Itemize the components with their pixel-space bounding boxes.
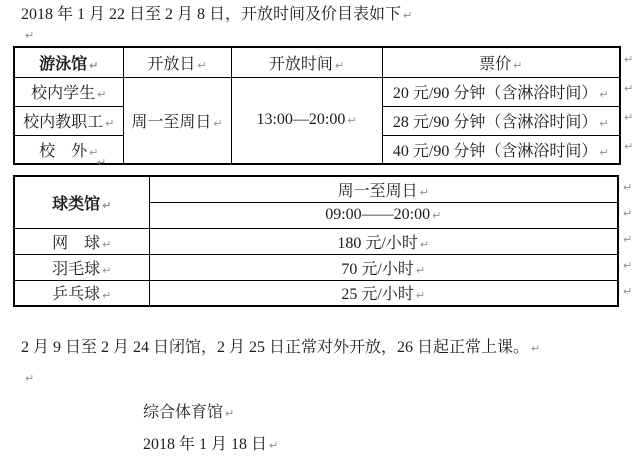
closure-paragraph: 2 月 9 日至 2 月 24 日闭馆，2 月 25 日正常对外开放，26 日起… [21,338,540,359]
swim-header-open-day-cell: 开放日↵ [123,47,231,77]
ball-category-cell: 网 球↵ [14,228,149,254]
signature-date-line: 2018 年 1 月 18 日↵ [143,435,278,456]
signature-org-line: 综合体育馆↵ [143,403,234,424]
ball-games-table: 球类馆↵ 周一至周日↵ 09:00——20:00↵ 网 球↵ 180 元/小时↵… [13,175,619,307]
swim-header-venue-cell: 游泳馆↵ [14,47,123,77]
swim-header-open-time-cell: 开放时间↵ [231,47,382,77]
paragraph-mark-icon: ↵ [102,238,111,251]
ball-category-text: 网 球 [52,235,100,252]
paragraph-mark-icon: ↵ [416,289,425,302]
swim-category-cell: 校 外↵ [14,135,123,164]
paragraph-mark-icon: ↵ [97,156,106,169]
ball-price-text: 70 元/小时 [341,261,413,278]
paragraph-mark-icon: ↵ [624,82,633,95]
ball-price-cell: 180 元/小时↵ [149,228,618,254]
swim-price-cell: 28 元/90 分钟（含淋浴时间）↵ [382,106,620,135]
paragraph-mark-icon: ↵ [347,114,356,127]
swim-header-open-time: 开放时间 [269,56,333,73]
ball-open-time-text: 09:00——20:00 [325,206,430,223]
ball-header-row-day: 球类馆↵ 周一至周日↵ [14,176,618,202]
ball-row-tennis: 网 球↵ 180 元/小时↵ [14,228,618,254]
swim-price-text: 28 元/90 分钟（含淋浴时间） [393,114,597,131]
ball-open-time-cell: 09:00——20:00↵ [149,202,618,228]
paragraph-mark-icon: ↵ [420,238,429,251]
swimming-price-table: 游泳馆↵ 开放日↵ 开放时间↵ 票价↵ 校内学生↵ 周一至周日↵ 13:00—2… [13,46,621,165]
paragraph-mark-icon: ↵ [25,372,34,385]
ball-price-text: 25 元/小时 [341,286,413,303]
swim-header-price: 票价 [479,56,511,73]
ball-category-cell: 羽毛球↵ [14,254,149,280]
ball-row-pingpong: 乒乓球↵ 25 元/小时↵ [14,280,618,306]
paragraph-mark-icon: ↵ [102,289,111,302]
paragraph-mark-icon: ↵ [335,59,344,72]
swim-price-cell: 40 元/90 分钟（含淋浴时间）↵ [382,135,620,164]
swim-price-cell: 20 元/90 分钟（含淋浴时间）↵ [382,77,620,106]
swim-category-cell: 校内教职工↵ [14,106,123,135]
paragraph-mark-icon: ↵ [403,9,412,22]
swim-price-text: 20 元/90 分钟（含淋浴时间） [393,85,597,102]
swim-header-venue: 游泳馆 [39,56,87,73]
ball-category-text: 乒乓球 [52,286,100,303]
paragraph-mark-icon: ↵ [105,117,114,130]
paragraph-mark-icon: ↵ [599,146,608,159]
paragraph-mark-icon: ↵ [269,439,278,452]
intro-text: 2018 年 1 月 22 日至 2 月 8 日，开放时间及价目表如下 [21,6,401,23]
paragraph-mark-icon: ↵ [25,29,34,42]
paragraph-mark-icon: ↵ [225,407,234,420]
paragraph-mark-icon: ↵ [432,209,441,222]
ball-open-day-cell: 周一至周日↵ [149,176,618,202]
paragraph-mark-icon: ↵ [102,199,111,212]
paragraph-mark-icon: ↵ [623,181,632,194]
paragraph-mark-icon: ↵ [599,88,608,101]
intro-paragraph: 2018 年 1 月 22 日至 2 月 8 日，开放时间及价目表如下↵ [21,5,412,26]
ball-venue-cell: 球类馆↵ [14,176,149,228]
ball-venue-text: 球类馆 [52,196,100,213]
paragraph-mark-icon: ↵ [416,264,425,277]
paragraph-mark-icon: ↵ [213,117,222,130]
paragraph-mark-icon: ↵ [624,140,633,153]
swim-header-row: 游泳馆↵ 开放日↵ 开放时间↵ 票价↵ [14,47,620,77]
swim-open-time-cell: 13:00—20:00↵ [231,77,382,164]
paragraph-mark-icon: ↵ [197,59,206,72]
ball-open-day-text: 周一至周日 [338,183,418,200]
paragraph-mark-icon: ↵ [97,88,106,101]
ball-category-text: 羽毛球 [52,261,100,278]
swim-header-open-day: 开放日 [147,56,195,73]
swim-open-time-text: 13:00—20:00 [256,111,345,128]
paragraph-mark-icon: ↵ [89,59,98,72]
swim-open-day-text: 周一至周日 [131,114,211,131]
ball-price-cell: 70 元/小时↵ [149,254,618,280]
ball-price-text: 180 元/小时 [337,235,417,252]
paragraph-mark-icon: ↵ [102,264,111,277]
ball-row-badminton: 羽毛球↵ 70 元/小时↵ [14,254,618,280]
swim-open-day-cell: 周一至周日↵ [123,77,231,164]
paragraph-mark-icon: ↵ [623,285,632,298]
paragraph-mark-icon: ↵ [513,59,522,72]
signature-date-text: 2018 年 1 月 18 日 [143,436,267,453]
swim-category-text: 校 外 [39,143,87,160]
swim-category-text: 校内学生 [31,85,95,102]
paragraph-mark-icon: ↵ [531,342,540,355]
paragraph-mark-icon: ↵ [624,111,633,124]
paragraph-mark-icon: ↵ [623,259,632,272]
ball-category-cell: 乒乓球↵ [14,280,149,306]
paragraph-mark-icon: ↵ [624,53,633,66]
swim-category-cell: 校内学生↵ [14,77,123,106]
signature-org-text: 综合体育馆 [143,404,223,421]
swim-row-students: 校内学生↵ 周一至周日↵ 13:00—20:00↵ 20 元/90 分钟（含淋浴… [14,77,620,106]
swim-price-text: 40 元/90 分钟（含淋浴时间） [393,143,597,160]
ball-price-cell: 25 元/小时↵ [149,280,618,306]
swim-category-text: 校内教职工 [23,114,103,131]
paragraph-mark-icon: ↵ [599,117,608,130]
paragraph-mark-icon: ↵ [623,207,632,220]
paragraph-mark-icon: ↵ [623,233,632,246]
swim-header-price-cell: 票价↵ [382,47,620,77]
paragraph-mark-icon: ↵ [420,186,429,199]
closure-text: 2 月 9 日至 2 月 24 日闭馆，2 月 25 日正常对外开放，26 日起… [21,339,529,356]
